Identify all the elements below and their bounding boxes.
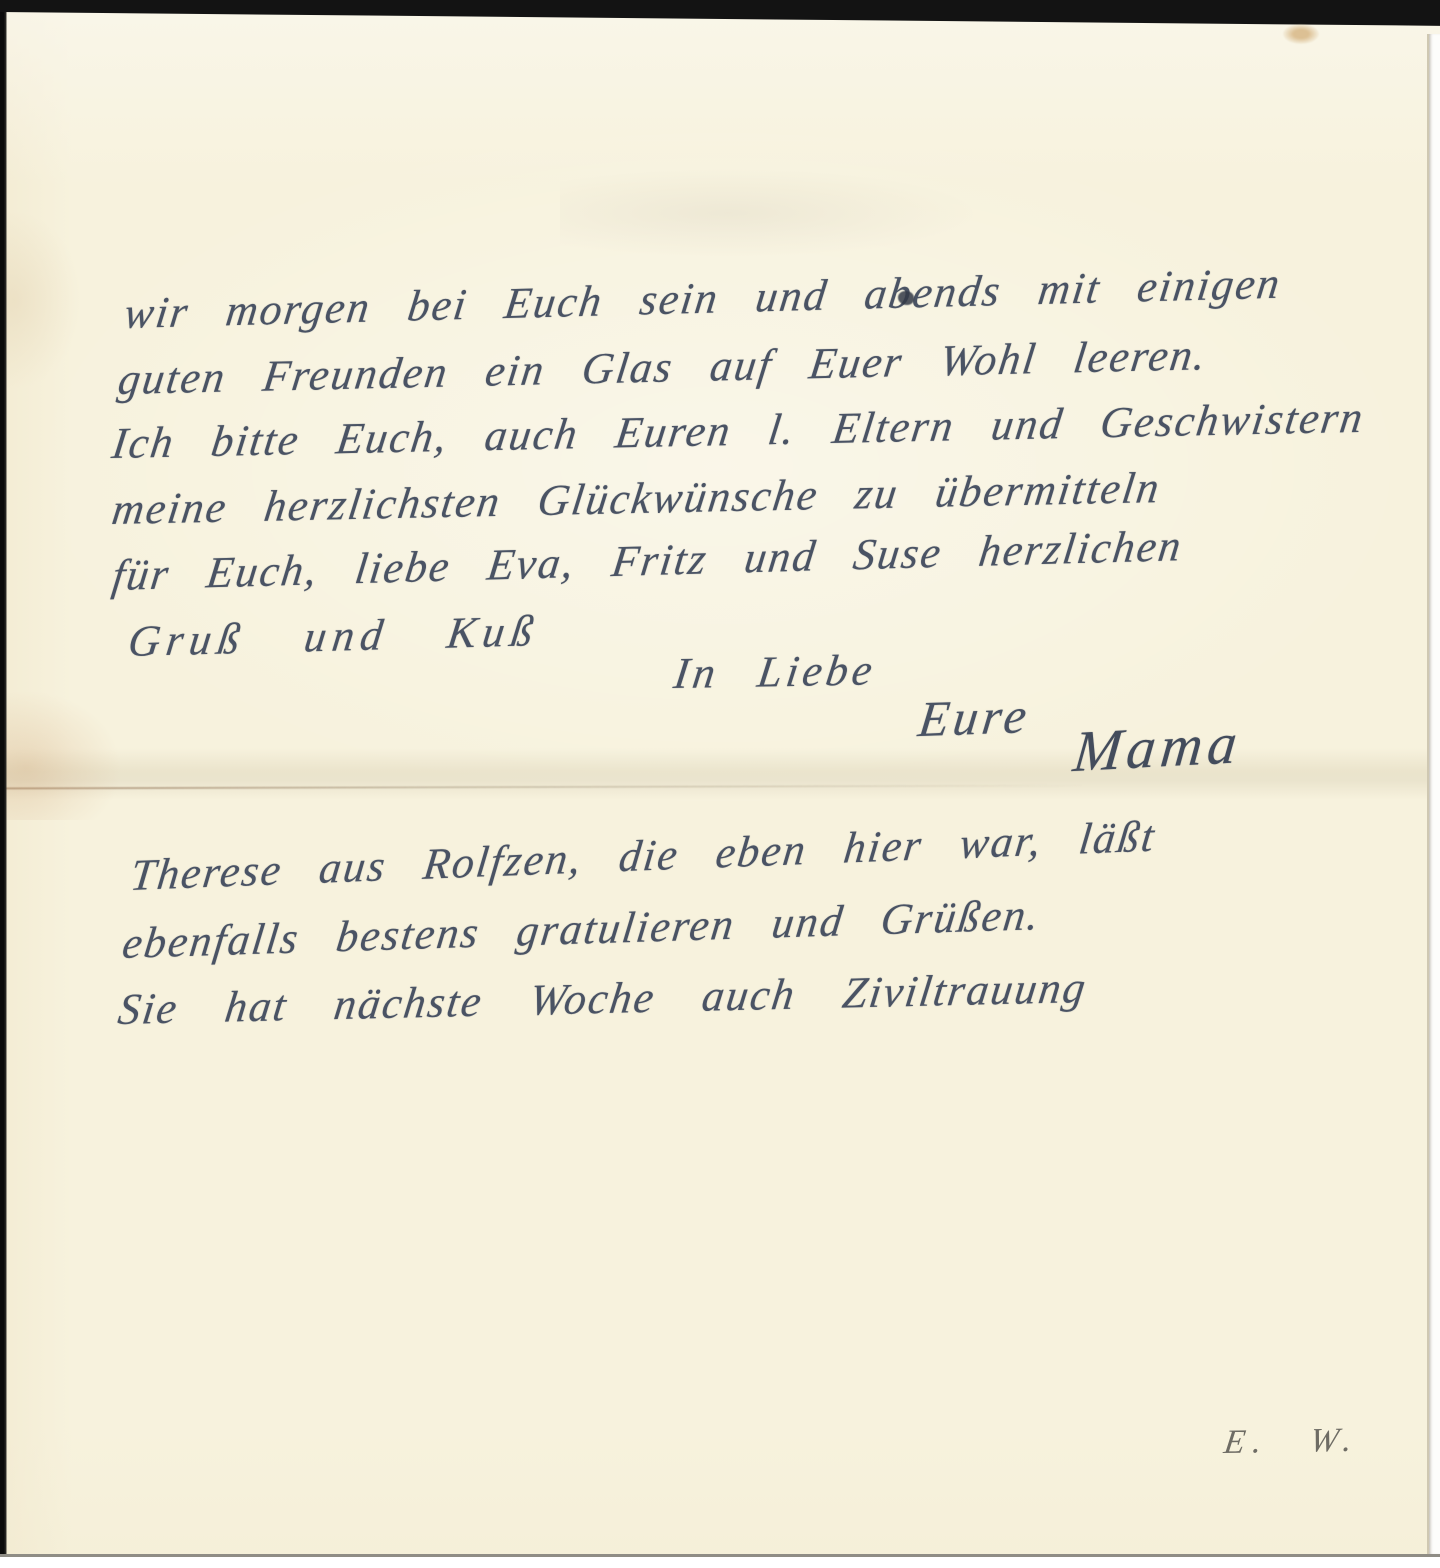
closing-salutation: In Liebe — [674, 644, 876, 699]
letter-line-6: Gruß und Kuß — [128, 605, 539, 667]
paper-edge-right — [1427, 34, 1440, 1554]
letter-line-6-text: Gruß und Kuß — [125, 605, 542, 667]
corner-stain — [1283, 24, 1319, 44]
closing-salutation-text: In Liebe — [671, 644, 880, 699]
ink-bleedthrough — [560, 168, 980, 258]
pencil-initials: E. W. — [1224, 1422, 1360, 1462]
signature-name: Mama — [1072, 709, 1243, 785]
paper-stain — [2, 690, 122, 820]
pencil-initials-text: E. W. — [1222, 1422, 1363, 1462]
scanned-letter-page: wir morgen bei Euch sein und abends mit … — [0, 0, 1440, 1568]
paper-stain — [2, 210, 82, 390]
paper-edge-bottom — [0, 1557, 1440, 1568]
signature-name-text: Mama — [1070, 709, 1245, 785]
signature-pronoun: Eure — [918, 686, 1031, 748]
ink-blot — [898, 291, 914, 305]
scan-edge-left — [0, 0, 7, 1554]
signature-pronoun-text: Eure — [915, 686, 1033, 748]
